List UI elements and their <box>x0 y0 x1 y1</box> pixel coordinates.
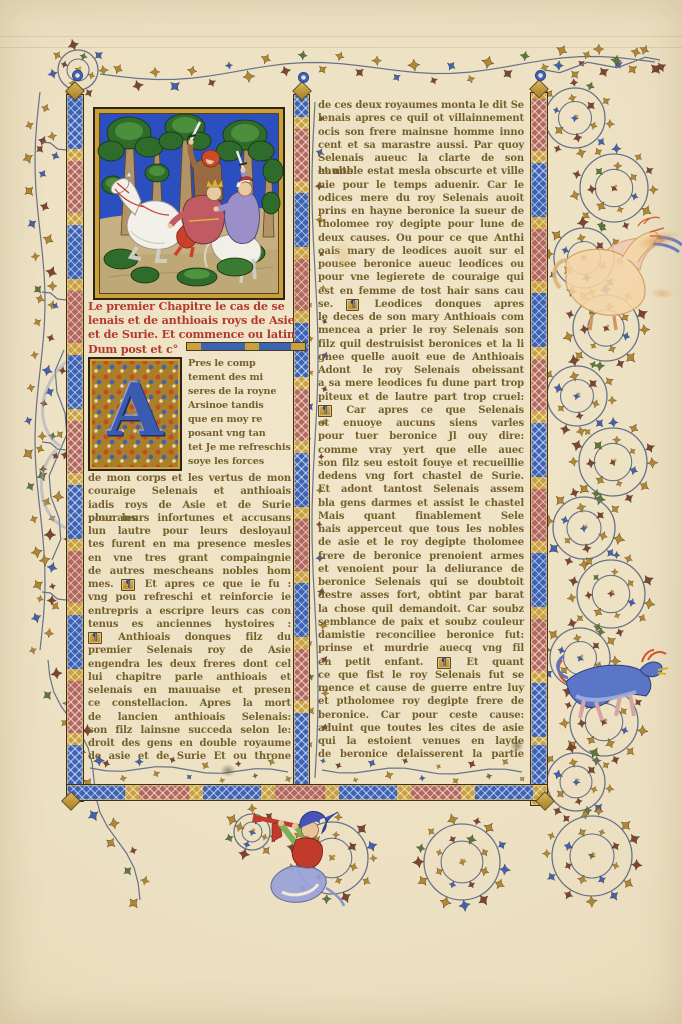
ivy-leaf <box>607 889 621 903</box>
ivy-leaf <box>280 65 292 77</box>
ivy-leaf <box>41 232 56 247</box>
initial-letter: A <box>90 359 180 469</box>
ivy-leaf <box>593 417 607 431</box>
ivy-leaf <box>30 351 39 360</box>
ivy-leaf <box>569 487 581 499</box>
text-line: tenus es anciennes hystoires : <box>88 618 291 631</box>
text-line: Le premier Chapitre le cas de se <box>88 300 294 314</box>
ivy-leaf <box>119 774 127 782</box>
ivy-leaf <box>429 75 439 85</box>
ivy-leaf <box>334 50 346 62</box>
left-column-lines: de mon corps et les vertus de moncouraig… <box>88 472 291 764</box>
champie-initial: ¶ <box>346 299 360 311</box>
ivy-leaf <box>481 820 497 836</box>
text-line: Adont le roy Selenais obeissant <box>318 364 524 377</box>
text-line: de beronice delaisserent la partie <box>318 748 524 761</box>
ivy-leaf <box>435 763 443 771</box>
ivy-leaf <box>40 102 52 114</box>
ivy-leaf <box>139 875 151 887</box>
ivy-leaf <box>43 528 56 541</box>
ivy-leaf <box>476 892 492 908</box>
ivy-leaf <box>47 281 58 291</box>
ivy-leaf <box>601 323 612 333</box>
text-column-left: A Pres le comptement des miseres de la r… <box>88 357 291 764</box>
ivy-leaf <box>34 443 46 455</box>
initial-adjacent-lines: Pres le comptement des miseres de la roy… <box>188 357 291 471</box>
ivy-leaf <box>419 775 426 782</box>
ivy-leaf <box>458 899 470 912</box>
text-line: en petit enfant. ¶ Et quant <box>318 656 524 669</box>
blue-floret-icon <box>298 72 309 83</box>
ivy-leaf <box>464 833 478 847</box>
ivy-leaf <box>150 67 161 77</box>
ivy-leaf <box>553 60 565 72</box>
ivy-leaf <box>628 447 637 456</box>
text-line: pousee beronice aueuc leodices ou <box>318 258 524 271</box>
ivy-leaf <box>593 44 604 55</box>
text-line: lun lautre pour leurs desloyaul <box>88 525 291 538</box>
ivy-leaf <box>570 78 578 86</box>
ivy-leaf <box>647 457 658 468</box>
ivy-leaf <box>38 431 47 441</box>
text-line: que en moy re <box>188 413 291 427</box>
ivy-leaf <box>326 852 337 863</box>
text-line: droit des gens en double royaume <box>88 737 291 750</box>
ivy-leaf <box>384 770 395 781</box>
ivy-leaf <box>129 846 138 855</box>
ivy-leaf <box>31 283 44 296</box>
ivy-leaf <box>569 438 584 453</box>
text-line: cent et sa marastre aussi. Par quoy <box>318 139 524 152</box>
ivy-leaf <box>67 38 80 51</box>
ivy-leaf <box>224 833 235 844</box>
ivy-leaf <box>621 221 631 231</box>
ivy-leaf <box>47 68 58 79</box>
text-line: a sa mere leodices fu dune part trop <box>318 377 524 390</box>
ivy-leaf <box>564 309 575 320</box>
ivy-leaf <box>621 876 636 891</box>
text-line: odices mere du roy Selenais auoit <box>318 192 524 205</box>
ivy-leaf <box>552 492 568 508</box>
ivy-leaf <box>243 71 255 83</box>
text-line: pour leurs infortunes et accusans <box>88 512 291 525</box>
ivy-leaf <box>152 769 161 778</box>
ivy-leaf <box>297 50 308 61</box>
ivy-leaf <box>618 817 634 833</box>
ivy-leaf <box>624 745 637 758</box>
text-line: beronice Selenais qui se doubtoit <box>318 576 524 589</box>
text-line: est en femme de tost hair sans cau <box>318 285 524 298</box>
text-line: aduint que toutes les cites de asie <box>318 722 524 735</box>
text-line: ce constellacion. Apres la mort <box>88 697 291 710</box>
ivy-leaf <box>604 634 618 648</box>
ivy-leaf <box>111 62 125 76</box>
ivy-leaf <box>259 52 273 66</box>
ivy-leaf <box>31 252 40 261</box>
text-line: et noble estat mesla obscurte et ville <box>318 165 524 178</box>
ivy-leaf <box>37 168 49 180</box>
ivy-leaf <box>206 77 217 88</box>
ivy-leaf <box>108 817 120 829</box>
ivy-leaf <box>412 856 424 868</box>
ivy-leaf <box>552 768 565 781</box>
ivy-leaf <box>30 612 42 625</box>
ivy-leaf <box>371 55 382 65</box>
blue-floret-icon <box>535 70 546 81</box>
ivy-leaf <box>44 627 55 638</box>
ivy-leaf <box>485 772 493 779</box>
text-line: tet Je me refreschis <box>188 441 291 455</box>
ivy-leaf <box>591 572 601 582</box>
text-line: Dum post et c° <box>88 342 294 357</box>
text-line: lenais apres ce quil ot villainnement <box>318 112 524 125</box>
ivy-leaf <box>26 217 39 230</box>
ivy-leaf <box>623 350 640 367</box>
ivy-leaf <box>610 754 621 765</box>
ivy-leaf <box>519 50 531 62</box>
ivy-leaf <box>38 200 51 213</box>
ivy-leaf <box>36 134 49 147</box>
ivy-leaf <box>630 859 643 872</box>
ivy-leaf <box>23 416 33 426</box>
ivy-leaf <box>260 844 273 857</box>
ivy-leaf <box>627 832 642 847</box>
text-line: pour vne legierete de couraige qui <box>318 271 524 284</box>
text-line: se. ¶ Leodices donques apres <box>318 298 524 311</box>
ivy-leaf <box>54 429 65 440</box>
text-line: nie pour le temps aduenir. Car le <box>318 179 524 192</box>
text-line: de lancien anthioais Selenais: <box>88 711 291 724</box>
ivy-leaf <box>25 481 37 493</box>
text-line: et de Surie. Et commence ou latin <box>88 328 294 342</box>
ivy-leaf <box>575 147 587 159</box>
ivy-leaf <box>28 646 37 655</box>
text-line: ce que fist le roy Selenais fut se <box>318 669 524 682</box>
ivy-leaf <box>649 185 659 195</box>
ivy-leaf <box>225 62 233 70</box>
text-line: entrepris a escripre leurs cas con <box>88 605 291 618</box>
text-line: deux causes. Ou pour ce que Anthi <box>318 232 524 245</box>
ivy-leaf <box>185 773 193 781</box>
ivy-leaf <box>627 421 641 435</box>
ivy-leaf <box>637 479 651 493</box>
ivy-leaf <box>615 627 625 637</box>
ivy-leaf <box>576 873 589 886</box>
text-line: de mon corps et les vertus de mon <box>88 472 291 485</box>
text-line: Arsinoe tandis <box>188 399 291 413</box>
ivy-leaf <box>92 48 105 61</box>
ivy-leaf <box>338 890 353 905</box>
text-line: premier Selenais roy de Asie <box>88 644 291 657</box>
ivy-leaf <box>518 775 526 783</box>
text-line: semblance de paix et soubz couleur <box>318 616 524 629</box>
ivy-leaf <box>568 68 581 81</box>
text-line: ¶ Car apres ce que Selenais <box>318 404 524 417</box>
text-line: tes furent en ma presence mesles <box>88 538 291 551</box>
ivy-leaf <box>415 874 430 889</box>
text-line: la chose quil demandoit. Car soubz <box>318 603 524 616</box>
text-line: lui chapitre parle anthioais et <box>88 671 291 684</box>
text-line: selenais en mauuaise et presen <box>88 684 291 697</box>
border-bar-right <box>530 92 548 806</box>
ivy-leaf <box>499 863 512 876</box>
ivy-leaf <box>121 864 134 877</box>
text-line: iadis roys de Asie et de Surie plourans <box>88 499 291 512</box>
pale-dragon-figure <box>554 217 682 330</box>
text-line: mes. ¶ Et apres ce que ie fu : <box>88 578 291 591</box>
ivy-leaf <box>546 831 556 841</box>
ivy-leaf <box>587 851 597 861</box>
text-line: tement des mi <box>188 371 291 385</box>
ivy-leaf <box>132 79 144 91</box>
text-line: soye les forces <box>188 455 291 469</box>
ivy-leaf <box>552 382 565 395</box>
ivy-leaf <box>562 535 573 546</box>
text-line: en vne tres grant compaingnie <box>88 552 291 565</box>
miniature-assassination-scene <box>93 107 285 300</box>
text-line: de autres mescheans nobles hom <box>88 565 291 578</box>
ivy-leaf <box>635 306 650 321</box>
ivy-leaf <box>608 396 618 405</box>
ivy-leaf <box>562 840 574 852</box>
ivy-leaf <box>219 777 226 784</box>
text-line: engendra les deux freres dont cel <box>88 658 291 671</box>
ivy-leaf <box>24 120 34 130</box>
ivy-leaf <box>391 72 403 83</box>
text-line: son filz lainsne succeda selon le: <box>88 724 291 737</box>
ivy-leaf <box>20 446 36 462</box>
text-line: ocis son frere mainsne homme inno <box>318 126 524 139</box>
illuminated-initial: A <box>88 357 182 471</box>
ivy-leaf <box>334 761 343 770</box>
border-bar-left <box>66 94 84 802</box>
ivy-leaf <box>612 551 621 560</box>
text-line: Selenais aueuc la clarte de son haulte <box>318 152 524 165</box>
ivy-leaf <box>39 554 51 566</box>
ivy-leaf <box>167 78 183 94</box>
text-line: prinse et murdrie auecq vng fil <box>318 642 524 655</box>
ivy-leaf <box>370 854 378 862</box>
text-line: frere de beronice prenoient armes <box>318 550 524 563</box>
blue-floret-icon <box>72 70 83 81</box>
text-line: seres de la royne <box>188 385 291 399</box>
ivy-leaf <box>549 227 565 243</box>
ivy-leaf <box>51 667 63 679</box>
ivy-leaf <box>542 849 551 858</box>
ivy-leaf <box>354 821 370 837</box>
text-line: de asie et le roy degipte tholomee <box>318 536 524 549</box>
ivy-leaf <box>604 547 617 560</box>
champie-initial: ¶ <box>88 632 102 644</box>
ivy-leaf <box>103 835 118 850</box>
ivy-leaf <box>559 718 570 729</box>
text-line: Et adont tantost Selenais assem <box>318 483 524 496</box>
text-line: mence et cause de guerre entre luy <box>318 682 524 695</box>
ivy-leaf <box>247 827 257 837</box>
ivy-leaf <box>45 332 56 343</box>
ivy-leaf <box>36 594 45 603</box>
champie-initial: ¶ <box>121 579 135 591</box>
ivy-leaf <box>21 151 35 165</box>
border-bar-bottom <box>66 784 548 801</box>
ivy-leaf <box>353 65 367 79</box>
rubric: Le premier Chapitre le cas de selenais e… <box>88 300 294 357</box>
ivy-leaf <box>407 59 419 71</box>
ivy-leaf <box>500 66 515 81</box>
text-line: posant vng tan <box>188 427 291 441</box>
text-line: beronice. Car pour ceste cause: <box>318 709 524 722</box>
ivy-leaf <box>566 617 578 629</box>
ivy-leaf <box>31 546 44 559</box>
ivy-leaf <box>345 840 359 854</box>
ivy-leaf <box>611 143 621 153</box>
text-line: destre asses fort, obtint par barat <box>318 589 524 602</box>
text-line: dedens vng fort chastel de Surie. <box>318 470 524 483</box>
ivy-leaf <box>492 877 506 891</box>
ivy-leaf <box>478 865 490 877</box>
ivy-leaf <box>589 341 599 351</box>
ivy-leaf <box>563 700 573 710</box>
ivy-leaf <box>284 775 293 784</box>
ivy-leaf <box>637 43 651 57</box>
ivy-leaf <box>571 169 582 180</box>
ivy-leaf <box>639 203 654 218</box>
ivy-leaf <box>321 894 331 905</box>
ivy-leaf <box>29 514 39 524</box>
text-column-right: de ces deux royaumes monta le dit Selena… <box>318 99 524 762</box>
text-line: nais apperceut que tous les nobles <box>318 523 524 536</box>
ivy-leaf <box>607 589 616 598</box>
ivy-leaf <box>458 858 467 867</box>
ivy-leaf <box>577 216 589 228</box>
champie-initial: ¶ <box>318 405 332 417</box>
ivy-leaf <box>608 458 618 468</box>
ivy-leaf <box>605 784 615 794</box>
text-line: et ptholomee roy degipte frere de <box>318 695 524 708</box>
text-line: prins en hayne beronice la sueur de <box>318 205 524 218</box>
text-line: comme vray yert que elle auec <box>318 444 524 457</box>
ivy-leaf <box>186 65 198 77</box>
text-line: filz quil destruisist beronices et la li <box>318 338 524 351</box>
text-line: vng pou refreschi et reinforcie ie <box>88 591 291 604</box>
text-line: ot enuoye aucuns siens varles <box>318 417 524 430</box>
manuscript-page: Le premier Chapitre le cas de selenais e… <box>0 0 682 1024</box>
text-line: le deces de son mary Anthioais com <box>318 311 524 324</box>
text-line: oais mary de leodices auoit sur el <box>318 245 524 258</box>
ivy-leaf <box>352 777 359 784</box>
ivy-leaf <box>435 848 444 857</box>
text-line: son filz seu estoit fouye et recueillie <box>318 457 524 470</box>
ivy-leaf <box>444 59 458 73</box>
border-bar-middle <box>293 94 310 792</box>
text-line: et venoient pour la deliurance de <box>318 563 524 576</box>
initial-row: A Pres le comptement des miseres de la r… <box>88 357 291 471</box>
ivy-leaf <box>49 583 57 591</box>
ivy-leaf <box>316 63 329 76</box>
ivy-leaf <box>556 403 567 414</box>
ivy-leaf <box>31 578 45 593</box>
ivy-leaf <box>46 561 59 574</box>
ivy-leaf <box>50 150 62 162</box>
ivy-leaf <box>32 317 43 328</box>
ivy-leaf <box>569 189 581 201</box>
text-line: ¶ Anthioais donques filz du <box>88 631 291 644</box>
ivy-leaf <box>581 49 593 61</box>
ivy-leaf <box>22 184 37 199</box>
ivy-leaf <box>572 778 580 786</box>
ivy-leaf <box>594 806 604 817</box>
ivy-leaf <box>575 653 585 663</box>
ivy-leaf <box>41 688 55 702</box>
ivy-leaf <box>566 593 576 603</box>
ivy-leaf <box>604 737 616 750</box>
ivy-leaf <box>252 773 258 779</box>
text-line: Pres le comp <box>188 357 291 371</box>
ivy-leaf <box>569 457 579 466</box>
ivy-leaf <box>472 816 482 826</box>
champie-initial: ¶ <box>437 657 451 669</box>
text-line: lenais et de anthioais roys de Asie <box>88 314 294 328</box>
ivy-leaf <box>438 895 453 910</box>
text-line: tholomee roy degipte pour lune de <box>318 218 524 231</box>
ivy-leaf <box>597 65 611 79</box>
ivy-leaf <box>52 490 65 503</box>
text-line: damistie reconciliee beronice fut: <box>318 629 524 642</box>
text-line: gnee quelle auoit eue de Anthioais <box>318 351 524 364</box>
text-line: pour tuer beronice Jl ouy dire: <box>318 430 524 443</box>
ivy-leaf <box>609 183 620 194</box>
ivy-leaf <box>639 324 650 335</box>
ivy-leaf <box>26 383 35 392</box>
text-line: Mais quant finablement Sele <box>318 510 524 523</box>
text-line: bla gens darmes et assist le chastel <box>318 497 524 510</box>
ivy-leaf <box>608 417 618 427</box>
text-line: couraige Selenais et anthioais <box>88 485 291 498</box>
text-line: piteux et de lautre part trop cruel: <box>318 391 524 404</box>
ivy-leaf <box>554 43 570 59</box>
text-line: qui la estoient venues en layde <box>318 735 524 748</box>
ivy-leaf <box>605 119 615 129</box>
ivy-leaf <box>586 896 597 907</box>
ivy-leaf <box>247 804 256 813</box>
text-line: mencea a prier le roy Selenais son <box>318 324 524 337</box>
ivy-leaf <box>576 481 592 497</box>
ivy-leaf <box>47 131 57 141</box>
text-line: de asie et de Surie Et ou throne <box>88 750 291 763</box>
ivy-leaf <box>44 264 59 279</box>
ivy-leaf <box>480 54 496 70</box>
ivy-leaf <box>466 74 476 84</box>
ivy-leaf <box>224 812 240 828</box>
text-line: de ces deux royaumes monta le dit Se <box>318 99 524 112</box>
